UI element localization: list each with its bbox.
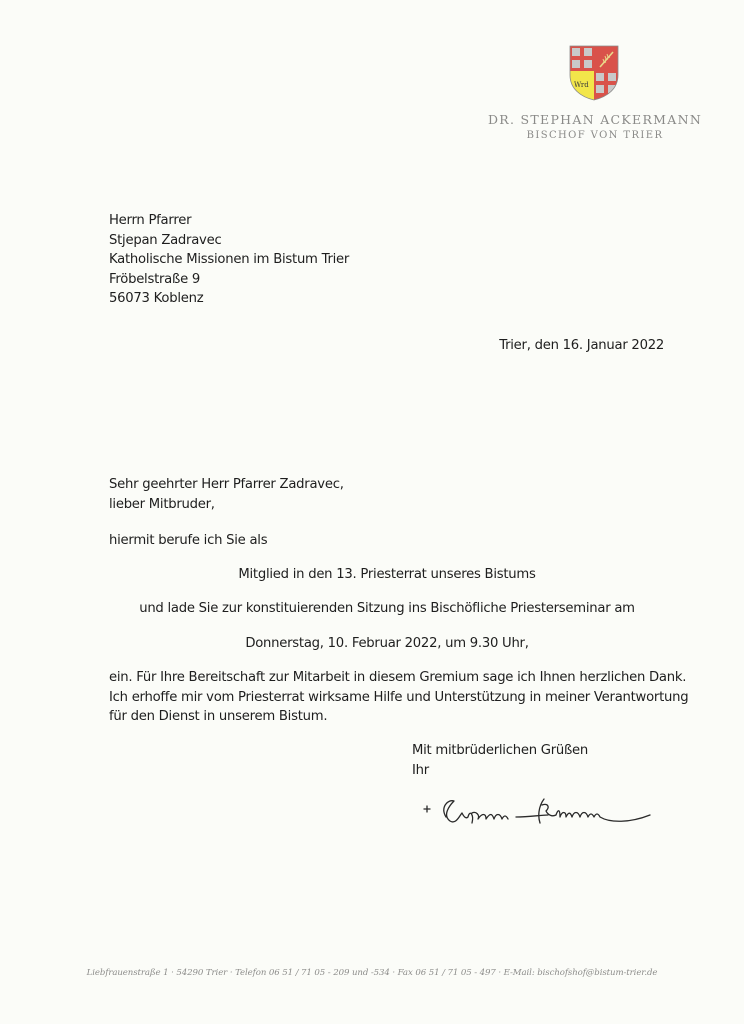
- paragraph-line: für den Dienst in unserem Bistum.: [109, 707, 679, 727]
- address-line: 56073 Koblenz: [109, 289, 349, 309]
- body-paragraph: ein. Für Ihre Bereitschaft zur Mitarbeit…: [109, 668, 679, 727]
- address-line: Herrn Pfarrer: [109, 211, 349, 231]
- sender-title: BISCHOF VON TRIER: [470, 130, 720, 141]
- appointment-line: Mitglied in den 13. Priesterrat unseres …: [109, 565, 665, 585]
- address-line: Katholische Missionen im Bistum Trier: [109, 250, 349, 270]
- address-line: Stjepan Zadravec: [109, 231, 349, 251]
- closing-line: Mit mitbrüderlichen Grüßen: [412, 741, 588, 761]
- sender-name: DR. STEPHAN ACKERMANN: [470, 112, 720, 127]
- salutation: Sehr geehrter Herr Pfarrer Zadravec, lie…: [109, 475, 344, 514]
- diocese-coat-of-arms-icon: Wrd: [569, 45, 619, 101]
- handwritten-signature-icon: [420, 795, 660, 835]
- footer-contact: Liebfrauenstraße 1 · 54290 Trier · Telef…: [0, 968, 744, 978]
- address-line: Fröbelstraße 9: [109, 270, 349, 290]
- svg-text:Wrd: Wrd: [574, 81, 589, 89]
- recipient-address: Herrn Pfarrer Stjepan Zadravec Katholisc…: [109, 211, 349, 309]
- salutation-line: Sehr geehrter Herr Pfarrer Zadravec,: [109, 475, 344, 495]
- letter-page: Wrd DR. STEPHAN ACKERMANN BISCHOF VON TR…: [0, 0, 744, 1024]
- intro-line: hiermit berufe ich Sie als: [109, 531, 267, 551]
- letter-date: Trier, den 16. Januar 2022: [499, 336, 664, 356]
- meeting-date-line: Donnerstag, 10. Februar 2022, um 9.30 Uh…: [109, 634, 665, 654]
- closing-line: Ihr: [412, 761, 588, 781]
- closing: Mit mitbrüderlichen Grüßen Ihr: [412, 741, 588, 780]
- paragraph-line: ein. Für Ihre Bereitschaft zur Mitarbeit…: [109, 668, 679, 688]
- paragraph-line: Ich erhoffe mir vom Priesterrat wirksame…: [109, 688, 679, 708]
- salutation-line: lieber Mitbruder,: [109, 495, 344, 515]
- invitation-line: und lade Sie zur konstituierenden Sitzun…: [109, 599, 665, 619]
